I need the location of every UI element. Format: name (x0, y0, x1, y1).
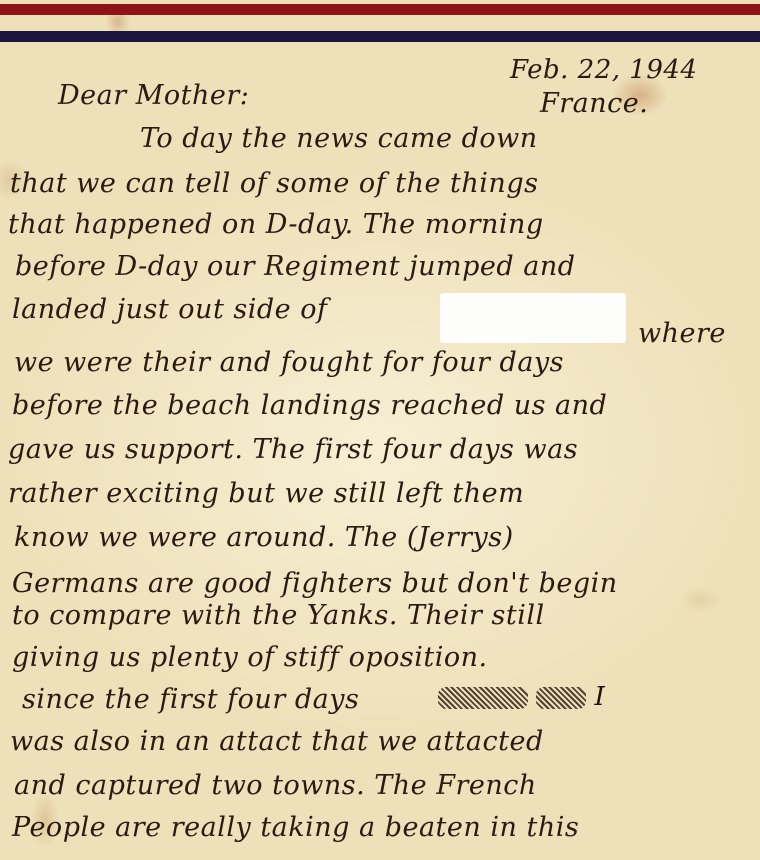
body-line: since the first four days (22, 684, 359, 715)
body-line: that happened on D-day. The morning (8, 209, 544, 240)
body-line: was also in an attact that we attacted (10, 726, 544, 757)
body-line: People are really taking a beaten in thi… (12, 812, 579, 843)
letterhead-red-stripe (0, 4, 760, 15)
body-line: landed just out side of (12, 294, 327, 325)
redaction-box (440, 293, 626, 343)
body-line: before the beach landings reached us and (12, 390, 607, 421)
salutation: Dear Mother: (58, 80, 249, 111)
body-line: that we can tell of some of the things (10, 168, 538, 199)
letter-place: France. (540, 88, 648, 119)
scribble-blot (438, 687, 528, 709)
body-fragment: where (638, 318, 726, 349)
body-line: to compare with the Yanks. Their still (12, 600, 545, 631)
body-line: and captured two towns. The French (14, 770, 537, 801)
body-fragment: I (595, 682, 605, 712)
scribble-blot (536, 687, 586, 709)
letterhead-blue-stripe (0, 31, 760, 42)
body-line: gave us support. The first four days was (8, 434, 578, 465)
body-line: know we were around. The (Jerrys) (14, 522, 514, 553)
body-line: To day the news came down (140, 123, 538, 154)
body-line: we were their and fought for four days (14, 347, 564, 378)
crossed-out-scribble: I (438, 682, 605, 712)
letter-date: Feb. 22, 1944 (510, 55, 697, 85)
body-line: before D-day our Regiment jumped and (15, 251, 576, 282)
body-line: giving us plenty of stiff oposition. (12, 642, 488, 673)
body-line: Germans are good fighters but don't begi… (12, 568, 618, 599)
body-line: rather exciting but we still left them (8, 478, 524, 509)
